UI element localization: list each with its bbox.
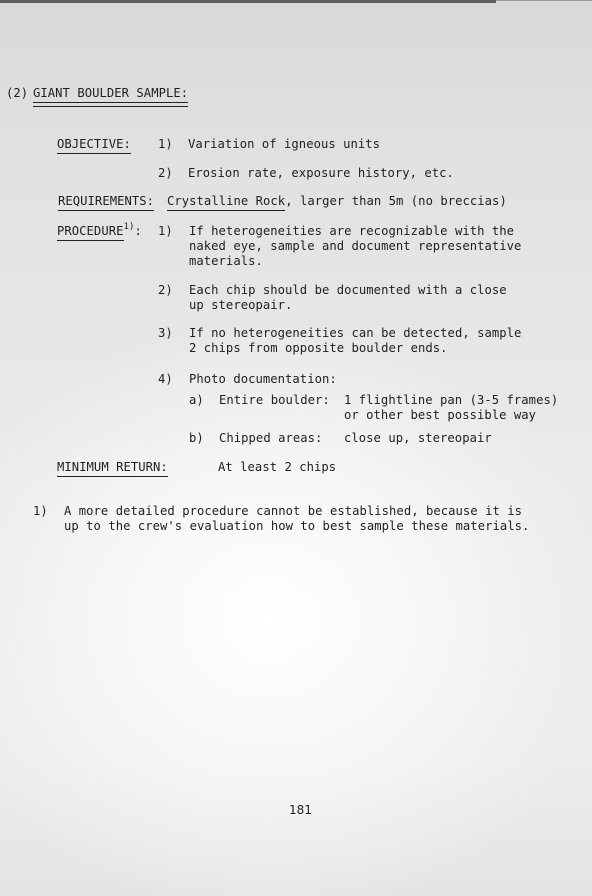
minimum-return-label: MINIMUM RETURN:: [57, 460, 168, 475]
objective-label-text: OBJECTIVE:: [57, 137, 131, 152]
procedure-label-text: PROCEDURE: [57, 224, 124, 239]
procedure-step-1-line-2: naked eye, sample and document represent…: [189, 239, 521, 254]
procedure-step-1-num: 1): [158, 224, 173, 239]
section-title-text: GIANT BOULDER SAMPLE:: [33, 86, 188, 101]
requirements-value: Crystalline Rock, larger than 5m (no bre…: [167, 194, 507, 209]
procedure-step-3-line-2: 2 chips from opposite boulder ends.: [189, 341, 448, 356]
requirements-emphasis: Crystalline Rock: [167, 194, 285, 209]
section-number: (2): [6, 86, 28, 101]
photo-a-letter: a): [189, 393, 204, 408]
photo-b-line-1: close up, stereopair: [344, 431, 492, 446]
procedure-step-2-num: 2): [158, 283, 173, 298]
procedure-step-4-line-1: Photo documentation:: [189, 372, 337, 387]
procedure-step-2-line-1: Each chip should be documented with a cl…: [189, 283, 507, 298]
objective-item-1-text: Variation of igneous units: [188, 137, 380, 152]
procedure-label: PROCEDURE1):: [57, 224, 142, 239]
objective-item-2-text: Erosion rate, exposure history, etc.: [188, 166, 454, 181]
photo-a-label: Entire boulder:: [219, 393, 330, 408]
objective-item-2-num: 2): [158, 166, 173, 181]
photo-a-line-2: or other best possible way: [344, 408, 536, 423]
footnote-num: 1): [33, 504, 48, 519]
objective-item-1-num: 1): [158, 137, 173, 152]
procedure-step-2-line-2: up stereopair.: [189, 298, 292, 313]
requirements-label-text: REQUIREMENTS:: [58, 194, 154, 209]
page-top-edge: [0, 0, 496, 3]
minimum-return-value: At least 2 chips: [218, 460, 336, 475]
footnote-line-2: up to the crew's evaluation how to best …: [64, 519, 529, 534]
footnote-line-1: A more detailed procedure cannot be esta…: [64, 504, 522, 519]
requirements-text: , larger than 5m (no breccias): [285, 194, 507, 208]
procedure-step-4-num: 4): [158, 372, 173, 387]
photo-b-label: Chipped areas:: [219, 431, 322, 446]
page-number: 181: [289, 803, 312, 818]
procedure-step-1-line-1: If heterogeneities are recognizable with…: [189, 224, 514, 239]
minimum-return-label-text: MINIMUM RETURN:: [57, 460, 168, 475]
photo-b-letter: b): [189, 431, 204, 446]
procedure-step-1-line-3: materials.: [189, 254, 263, 269]
procedure-colon: :: [134, 224, 141, 238]
page-top-edge-light: [496, 0, 592, 1]
procedure-step-3-line-1: If no heterogeneities can be detected, s…: [189, 326, 521, 341]
objective-label: OBJECTIVE:: [57, 137, 131, 152]
requirements-label: REQUIREMENTS:: [58, 194, 154, 209]
procedure-footnote-ref: 1): [124, 222, 135, 232]
procedure-step-3-num: 3): [158, 326, 173, 341]
section-title: GIANT BOULDER SAMPLE:: [33, 86, 188, 101]
photo-a-line-1: 1 flightline pan (3-5 frames): [344, 393, 558, 408]
